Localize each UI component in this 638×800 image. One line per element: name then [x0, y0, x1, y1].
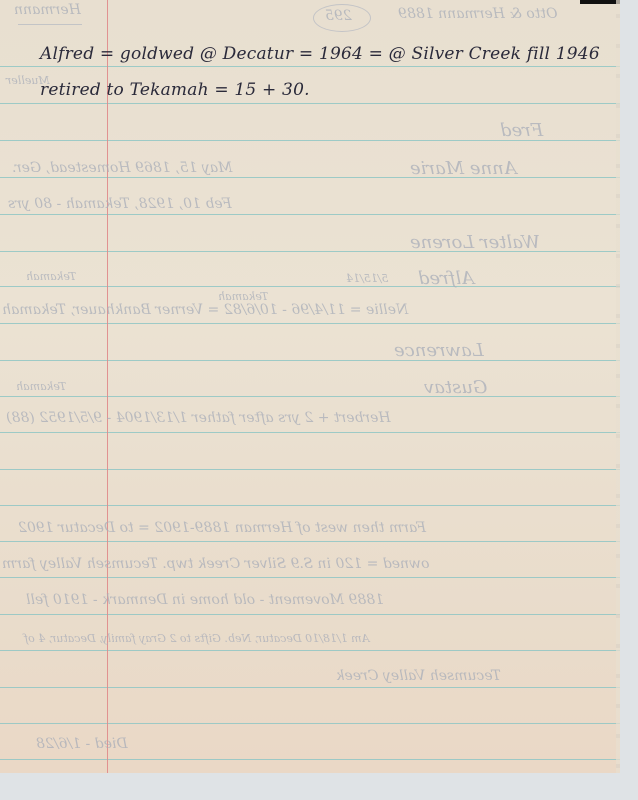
bleed-herb-line: Herbert + 2 yrs after father 1/13/1904 -…	[6, 410, 391, 426]
bleed-name-walter: Walter Lorene	[410, 232, 540, 253]
ruled-line	[0, 286, 620, 287]
ruled-line	[0, 541, 620, 542]
bleed-farm-line-4: Am 1/18/10 Decatur, Neb. Gifts to 2 Gray…	[24, 632, 369, 645]
bleed-bottom-note: Died - 1/6/28	[36, 736, 128, 752]
ruled-line	[0, 214, 620, 215]
bleed-farm-line-1: Farm then west of Herman 1889-1902 = to …	[18, 520, 426, 536]
ruled-line	[0, 469, 620, 470]
bleed-underline	[18, 24, 82, 25]
ruled-line	[0, 759, 620, 760]
bleed-tekamah-left: Tekamah	[26, 270, 76, 283]
bleed-name-alfred: Alfred	[418, 268, 474, 289]
ruled-line	[0, 723, 620, 724]
notebook-page: Hermann 295 Otto & Hermann 1889 Mueller …	[0, 0, 620, 773]
ruled-line	[0, 650, 620, 651]
bleed-anne-dates-1: May 15, 1869 Homestead, Ger.	[12, 160, 232, 176]
bleed-farm-line-2: owned = 120 in S.9 Silver Creek twp. Tec…	[2, 556, 429, 572]
bleed-name-lawrence: Lawrence	[394, 340, 484, 361]
bleed-name-fred: Fred	[500, 120, 543, 141]
note-line-2: retired to Tekamah = 15 + 30.	[40, 80, 310, 100]
note-line-1: Alfred = goldwed @ Decatur = 1964 = @ Si…	[40, 44, 600, 64]
ruled-line	[0, 360, 620, 361]
bleed-farm-line-5: Tecumseh Valley Creek	[336, 668, 501, 684]
bleed-name-anne-marie: Anne Marie	[410, 158, 517, 179]
bleed-name-gustav: Gustav	[424, 377, 487, 398]
bleed-circled-number: 295	[325, 8, 352, 24]
bleed-header-left: Hermann	[14, 2, 81, 18]
ruled-line	[0, 577, 620, 578]
bleed-nellie-line: Nellie = 11/4/96 - 10/6/82 = Verner Bank…	[2, 302, 408, 318]
bleed-header-right: Otto & Hermann 1889	[398, 6, 557, 22]
ruled-line	[0, 323, 620, 324]
ruled-line	[0, 432, 620, 433]
ruled-line	[0, 396, 620, 397]
ruled-line	[0, 103, 620, 104]
ruled-line	[0, 177, 620, 178]
ruled-line	[0, 614, 620, 615]
bleed-tekamah-left2: Tekamah	[16, 380, 66, 393]
ruled-line	[0, 505, 620, 506]
scan-edge	[580, 0, 620, 4]
bleed-anne-dates-2: Feb 10, 1928, Tekamah - 80 yrs	[8, 196, 232, 212]
bleed-alfred-date: 5/15/14	[346, 272, 388, 285]
ruled-line	[0, 66, 620, 67]
margin-line	[107, 0, 108, 773]
ruled-line	[0, 687, 620, 688]
bleed-farm-line-3: 1889 Movement - old home in Denmark - 19…	[26, 592, 384, 608]
